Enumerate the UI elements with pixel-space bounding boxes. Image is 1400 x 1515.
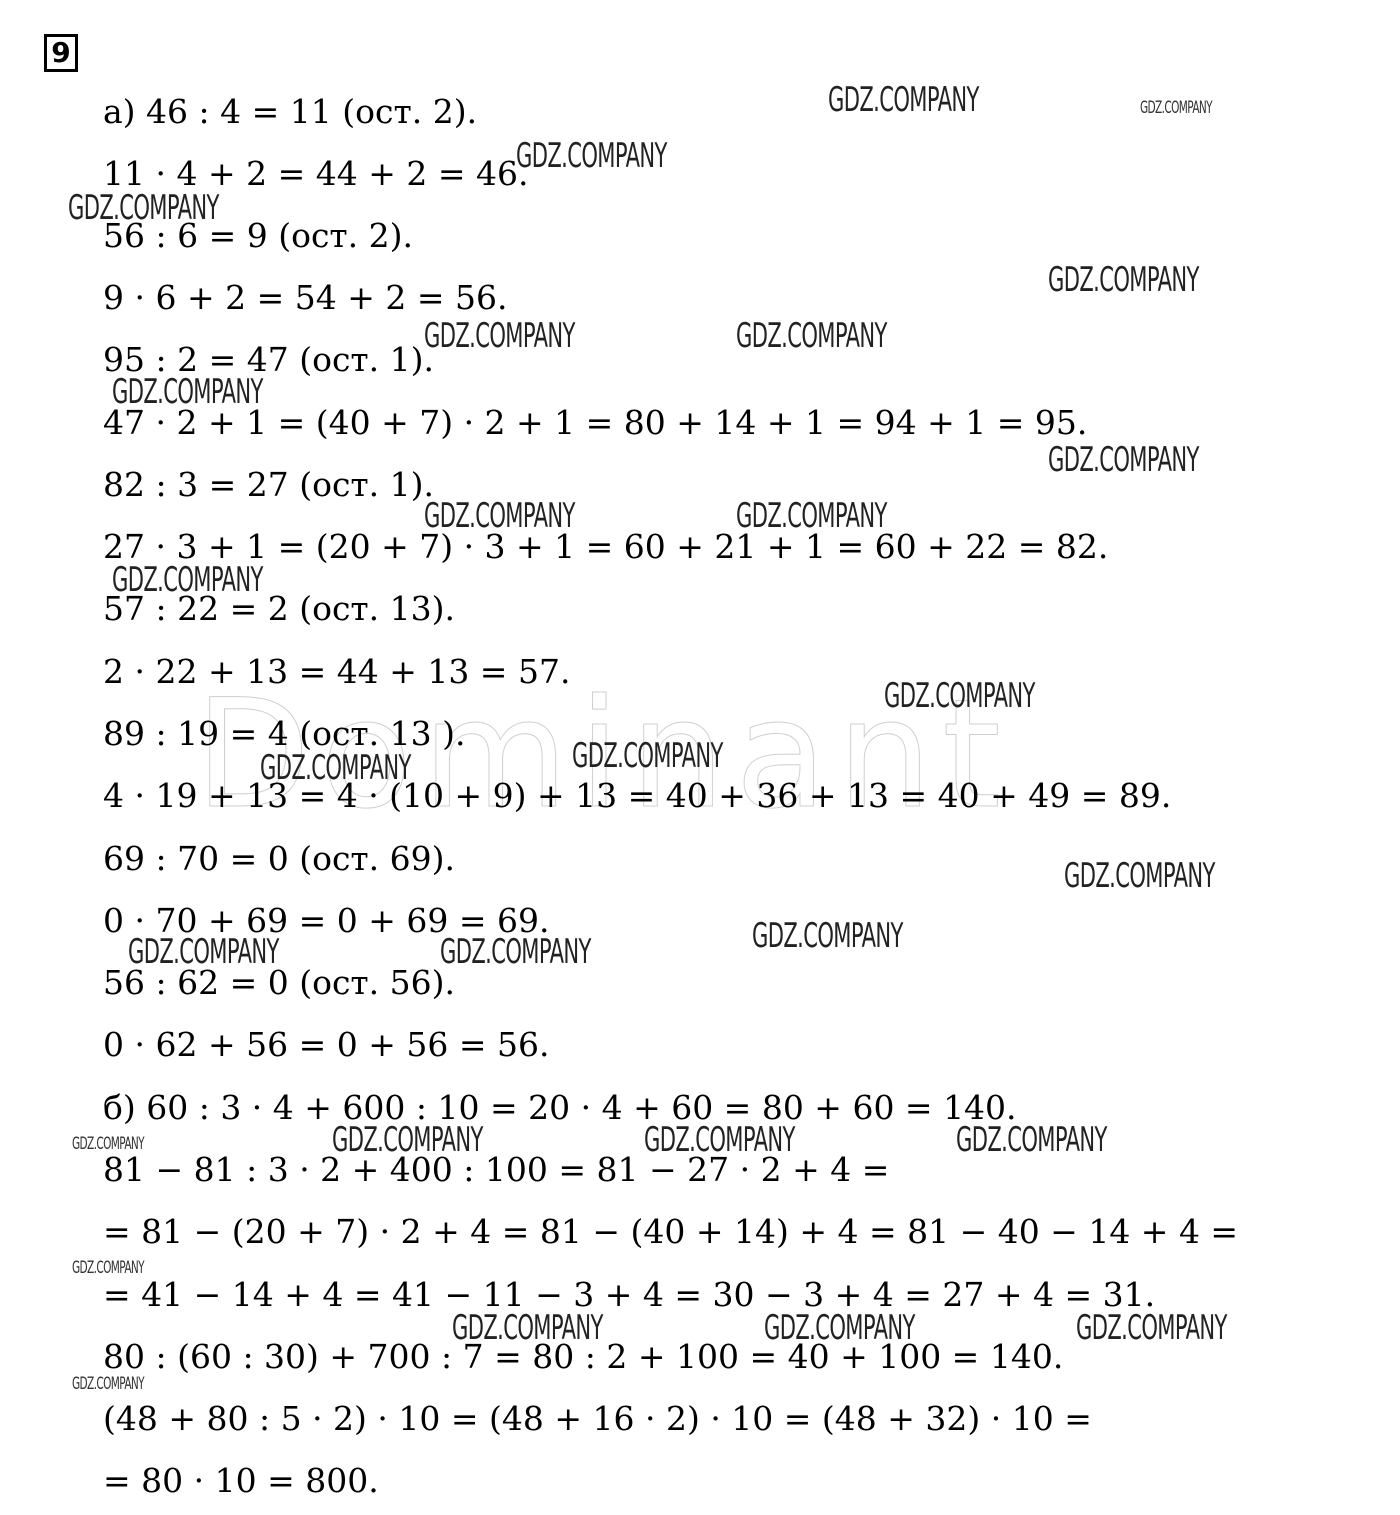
watermark: GDZ.COMPANY [752, 916, 903, 956]
solution-line: = 41 − 14 + 4 = 41 − 11 − 3 + 4 = 30 − 3… [103, 1275, 1155, 1314]
solution-line: = 80 · 10 = 800. [103, 1461, 379, 1500]
solution-line: (48 + 80 : 5 · 2) · 10 = (48 + 16 · 2) ·… [103, 1399, 1092, 1438]
watermark: GDZ.COMPANY [1140, 98, 1212, 118]
watermark: GDZ.COMPANY [72, 1134, 144, 1154]
solution-line: а) 46 : 4 = 11 (ост. 2). [103, 92, 477, 131]
watermark: GDZ.COMPANY [828, 80, 979, 120]
watermark: GDZ.COMPANY [112, 560, 263, 600]
watermark: GDZ.COMPANY [260, 748, 411, 788]
watermark: GDZ.COMPANY [956, 1120, 1107, 1160]
watermark: GDZ.COMPANY [112, 372, 263, 412]
watermark: GDZ.COMPANY [736, 496, 887, 536]
solution-line: = 81 − (20 + 7) · 2 + 4 = 81 − (40 + 14)… [103, 1212, 1238, 1251]
watermark: GDZ.COMPANY [72, 1258, 144, 1278]
watermark: GDZ.COMPANY [424, 496, 575, 536]
watermark: GDZ.COMPANY [516, 136, 667, 176]
watermark: GDZ.COMPANY [1048, 440, 1199, 480]
watermark: GDZ.COMPANY [424, 316, 575, 356]
watermark: GDZ.COMPANY [452, 1308, 603, 1348]
solution-line: 82 : 3 = 27 (ост. 1). [103, 465, 434, 504]
solution-line: 2 · 22 + 13 = 44 + 13 = 57. [103, 652, 570, 691]
solution-line: 0 · 62 + 56 = 0 + 56 = 56. [103, 1025, 549, 1064]
watermark: GDZ.COMPANY [572, 736, 723, 776]
watermark: GDZ.COMPANY [128, 932, 279, 972]
watermark: GDZ.COMPANY [72, 1374, 144, 1394]
watermark: GDZ.COMPANY [764, 1308, 915, 1348]
solution-line: 9 · 6 + 2 = 54 + 2 = 56. [103, 278, 507, 317]
solution-line: б) 60 : 3 · 4 + 600 : 10 = 20 · 4 + 60 =… [103, 1088, 1017, 1127]
watermark: GDZ.COMPANY [68, 188, 219, 228]
solution-line: 69 : 70 = 0 (ост. 69). [103, 839, 455, 878]
watermark: GDZ.COMPANY [440, 932, 591, 972]
watermark: GDZ.COMPANY [736, 316, 887, 356]
watermark: GDZ.COMPANY [1064, 856, 1215, 896]
watermark: GDZ.COMPANY [1076, 1308, 1227, 1348]
watermark: GDZ.COMPANY [1048, 260, 1199, 300]
watermark: GDZ.COMPANY [644, 1120, 795, 1160]
watermark: GDZ.COMPANY [884, 676, 1035, 716]
watermark: GDZ.COMPANY [332, 1120, 483, 1160]
exercise-number-badge: 9 [44, 34, 78, 72]
